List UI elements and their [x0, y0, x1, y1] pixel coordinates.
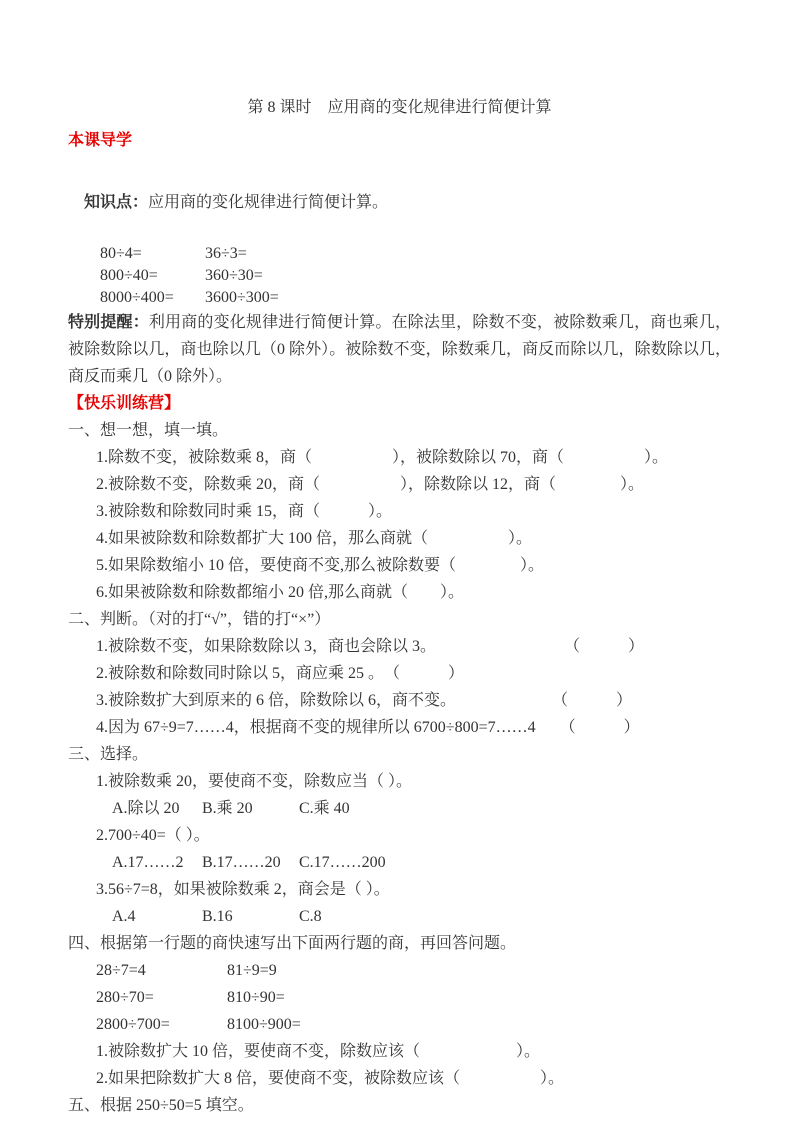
choice-options-row: A.除以 20 B.乘 20 C.乘 40 [68, 795, 731, 822]
choice-option: B.17……20 [202, 849, 299, 876]
section-four-heading: 四、根据第一行题的商快速写出下面两行题的商，再回答问题。 [68, 930, 731, 957]
choice-option: B.乘 20 [202, 795, 299, 822]
choice-option: C.乘 40 [299, 795, 731, 822]
choice-question: 3.56÷7=8，如果被除数乘 2，商会是（ ）。 [68, 876, 731, 903]
choice-options-row: A.17……2 B.17……20 C.17……200 [68, 849, 731, 876]
page-title: 第 8 课时 应用商的变化规律进行简便计算 [68, 94, 731, 121]
choice-options-row: A.4 B.16 C.8 [68, 903, 731, 930]
knowledge-label: 知识点： [84, 194, 148, 211]
knowledge-point-line: 知识点：应用商的变化规律进行简便计算。 [68, 162, 731, 243]
quotient-equation: 810÷90= [227, 984, 731, 1011]
quotient-equations: 28÷7=4 81÷9=9 280÷70= 810÷90= 2800÷700= … [68, 957, 731, 1038]
reminder-label: 特别提醒： [68, 314, 149, 331]
training-heading: 【快乐训练营】 [68, 390, 731, 417]
choice-question: 2.700÷40=（ ）。 [68, 822, 731, 849]
knowledge-equations: 80÷4= 36÷3= 800÷40= 360÷30= 8000÷400= 36… [68, 243, 731, 309]
quotient-equation: 280÷70= [96, 984, 227, 1011]
judge-item: 1.被除数不变，如果除数除以 3，商也会除以 3。 （ ） [68, 633, 731, 660]
equation: 800÷40= [100, 265, 205, 287]
fill-item: 3.被除数和除数同时乘 15，商（ ）。 [68, 498, 731, 525]
judge-item: 4.因为 67÷9=7……4，根据商不变的规律所以 6700÷800=7……4 … [68, 714, 731, 741]
quotient-equation: 2800÷700= [96, 1011, 227, 1038]
reminder-text: 利用商的变化规律进行简便计算。在除法里，除数不变，被除数乘几，商也乘几，被除数除… [68, 314, 731, 385]
quotient-equation: 28÷7=4 [96, 957, 227, 984]
worksheet-page: 第 8 课时 应用商的变化规律进行简便计算 本课导学 知识点：应用商的变化规律进… [0, 0, 793, 1119]
follow-up-item: 2.如果把除数扩大 8 倍，要使商不变，被除数应该（ ）。 [68, 1065, 731, 1092]
equation: 8000÷400= [100, 287, 205, 309]
lead-heading: 本课导学 [68, 127, 731, 154]
choice-option: B.16 [202, 903, 299, 930]
equation: 360÷30= [205, 265, 731, 287]
judge-item: 2.被除数和除数同时除以 5，商应乘 25 。 （ ） [68, 660, 731, 687]
choice-question: 1.被除数乘 20，要使商不变，除数应当（ ）。 [68, 768, 731, 795]
section-two-heading: 二、判断。（对的打“√”，错的打“×”） [68, 606, 731, 633]
section-three-heading: 三、选择。 [68, 741, 731, 768]
choice-option: A.4 [112, 903, 202, 930]
knowledge-text: 应用商的变化规律进行简便计算。 [148, 194, 388, 211]
choice-option: A.17……2 [112, 849, 202, 876]
fill-item: 4.如果被除数和除数都扩大 100 倍，那么商就（ ）。 [68, 525, 731, 552]
equation: 36÷3= [205, 243, 731, 265]
fill-item: 2.被除数不变，除数乘 20，商（ ），除数除以 12，商（ ）。 [68, 471, 731, 498]
choice-option: A.除以 20 [112, 795, 202, 822]
special-reminder: 特别提醒：利用商的变化规律进行简便计算。在除法里，除数不变，被除数乘几，商也乘几… [68, 309, 731, 390]
judge-item: 3.被除数扩大到原来的 6 倍，除数除以 6，商不变。 （ ） [68, 687, 731, 714]
equation: 3600÷300= [205, 287, 731, 309]
choice-option: C.17……200 [299, 849, 731, 876]
choice-option: C.8 [299, 903, 731, 930]
section-one-heading: 一、想一想，填一填。 [68, 417, 731, 444]
fill-item: 1.除数不变，被除数乘 8，商（ ），被除数除以 70，商（ ）。 [68, 444, 731, 471]
follow-up-item: 1.被除数扩大 10 倍，要使商不变，除数应该（ ）。 [68, 1038, 731, 1065]
equation: 80÷4= [100, 243, 205, 265]
quotient-equation: 81÷9=9 [227, 957, 731, 984]
section-five-heading: 五、根据 250÷50=5 填空。 [68, 1092, 731, 1119]
quotient-equation: 8100÷900= [227, 1011, 731, 1038]
fill-item: 6.如果被除数和除数都缩小 20 倍,那么商就（ ）。 [68, 579, 731, 606]
fill-item: 5.如果除数缩小 10 倍，要使商不变,那么被除数要（ ）。 [68, 552, 731, 579]
